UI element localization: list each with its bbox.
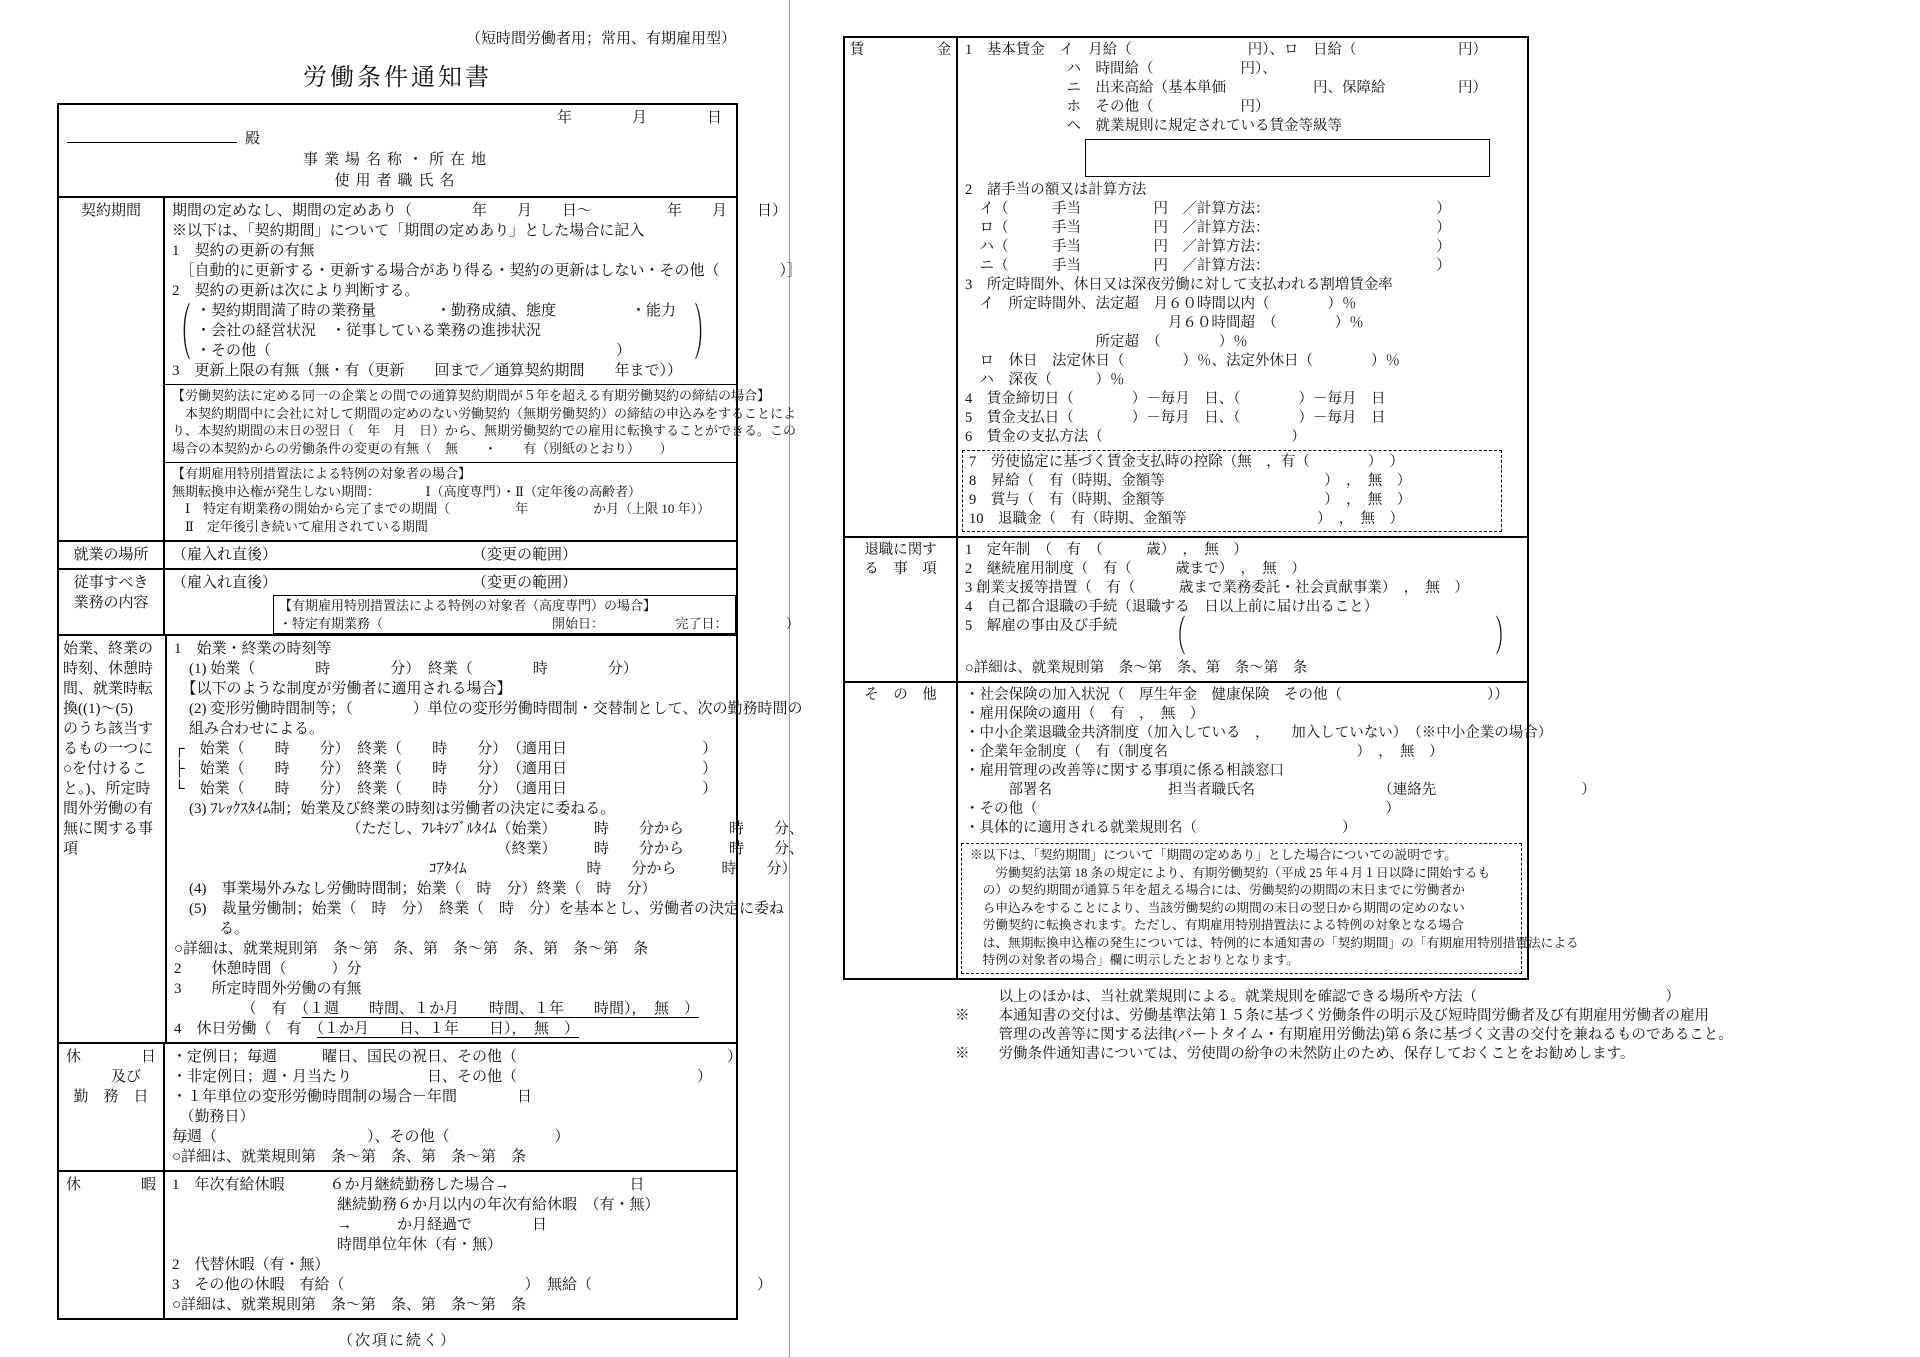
text-line: 従事すべき — [61, 573, 161, 593]
text-line: └ 始業（ 時 分） 終業（ 時 分） （適用日 ） — [174, 779, 729, 799]
row-label-others: そ の 他 — [845, 683, 958, 978]
text-line: ・非定例日；週・月当たり 日、その他（ ） — [172, 1067, 729, 1087]
text-line: 労働契約に転換されます。ただし、有期雇用特別措置法による特例の対象となる場合 — [970, 917, 1513, 935]
text-line: る。 — [174, 919, 729, 939]
text-line: と。)、所定時 — [63, 779, 163, 799]
text-line: ハ（ 手当 円 ／計算方法： ） — [965, 238, 1520, 257]
text-line: 3 所定時間外労働の有無 — [174, 979, 729, 999]
text-line: 月６０時間超 （ ）％ — [965, 314, 1520, 333]
text-line: （雇入れ直後） （変更の範囲） — [172, 573, 729, 593]
text-line: 2 休憩時間（ ）分 — [174, 959, 729, 979]
text-line: 1 年次有給休暇 ６か月継続勤務した場合→ 日 — [172, 1175, 729, 1195]
text-line: る 事 項 — [847, 560, 954, 579]
text-line: （勤務日） — [172, 1107, 729, 1127]
text-line: 及び — [61, 1067, 161, 1087]
row-label-leave: 休 暇 — [59, 1172, 165, 1318]
text-line: ・会社の経営状況 ・従事している業務の進捗状況 — [196, 321, 689, 341]
text-line: ・雇用保険の適用（ 有 ， 無 ） — [965, 705, 1520, 724]
text-line: ※以下は、「契約期間」について「期間の定めあり」とした場合についての説明です。 — [970, 847, 1513, 865]
employer-title-label: 使用者職氏名 — [67, 171, 728, 192]
document-title: 労働条件通知書 — [57, 57, 738, 92]
text-line: 部署名 担当者職氏名 （連絡先 ） — [965, 781, 1520, 800]
row-label-holidays: 休 日 及び勤 務 日 — [59, 1044, 165, 1170]
text-line: 3 所定時間外、休日又は深夜労働に対して支払われる割増賃金率 — [965, 276, 1520, 295]
text-line: 【労働契約法に定める同一の企業との間での通算契約期間が５年を超える有期労働契約の… — [172, 387, 729, 405]
text-line: 3 その他の休暇 有給（ ） 無給（ ） — [172, 1275, 729, 1295]
text-line: Ⅱ 定年後引き続いて雇用されている期間 — [172, 518, 729, 536]
date-line: 年 月 日 — [67, 108, 728, 128]
text-line: 1 定年制 （ 有 （ 歳） ， 無 ） — [965, 541, 1520, 560]
text-line: 2 契約の更新は次により判断する。 — [172, 281, 729, 301]
allowance-and-premium-lines: 2 諸手当の額又は計算方法 イ（ 手当 円 ／計算方法： ） ロ（ 手当 円 ／… — [965, 181, 1520, 447]
text-line: 管理の改善等に関する法律(パートタイム・有期雇用労働法)第６条に基づく文書の交付… — [955, 1026, 1529, 1045]
row-content-others: ・社会保険の加入状況（ 厚生年金 健康保険 その他（ ））・雇用保険の適用（ 有… — [958, 683, 1527, 978]
text-line: ○詳細は、就業規則第 条～第 条、第 条～第 条、第 条～第 条 — [174, 939, 729, 959]
text-line: (1) 始業（ 時 分） 終業（ 時 分） — [174, 659, 729, 679]
text-line: ┌ 始業（ 時 分） 終業（ 時 分） （適用日 ） — [174, 739, 729, 759]
text-line: 本契約期間中に会社に対して期間の定めのない労働契約（無期労働契約）の締結の申込み… — [172, 405, 729, 423]
text-line: (4) 事業場外みなし労働時間制；始業（ 時 分）終業（ 時 分） — [174, 879, 729, 899]
text-line: 無期転換申込権が発生しない期間： Ⅰ（高度専門）・Ⅱ（定年後の高齢者） — [172, 483, 729, 501]
text-line: (3) ﾌﾚｯｸｽﾀｲﾑ制；始業及び終業の時刻は労働者の決定に委ねる。 — [174, 799, 729, 819]
text-line: 2 諸手当の額又は計算方法 — [965, 181, 1520, 200]
continued-note: （次項に続く） — [57, 1329, 738, 1350]
text-line: ら申込みをすることにより、当該労働契約の期間の末日の翌日から期間の定めのない — [970, 900, 1513, 918]
row-content-retirement: 1 定年制 （ 有 （ 歳） ， 無 ）2 継続雇用制度（ 有（ 歳まで） ， … — [958, 538, 1527, 681]
text-line: （ 有 （１週 時間、１か月 時間、１年 時間）， 無 ） — [174, 999, 729, 1019]
row-label-contract-period: 契約期間 — [59, 198, 165, 540]
text-line: 6 賃金の支払方法（ ） — [965, 428, 1520, 447]
row-holidays: 休 日 及び勤 務 日 ・定例日；毎週 曜日、国民の祝日、その他（ ）・非定例日… — [59, 1042, 736, 1170]
text-line: ハ 深夜（ ）％ — [965, 371, 1520, 390]
row-label-wages: 賃 金 — [845, 38, 958, 536]
text-line: ［自動的に更新する・更新する場合があり得る・契約の更新はしない・その他（ ）］ — [172, 261, 729, 281]
text-line: 【有期雇用特別措置法による特例の対象者の場合】 — [172, 465, 729, 483]
text-line: ※以下は、「契約期間」について「期間の定めあり」とした場合に記入 — [172, 221, 729, 241]
wage-items-dashed-box: 7 労使協定に基づく賃金支払時の控除（無 ，有（ ） ）8 昇給（ 有（時期、金… — [962, 450, 1502, 532]
text-line: 1 契約の更新の有無 — [172, 241, 729, 261]
retirement-lines: 1 定年制 （ 有 （ 歳） ， 無 ）2 継続雇用制度（ 有（ 歳まで） ， … — [965, 541, 1520, 617]
note-labor-contract-act: 【労働契約法に定める同一の企業との間での通算契約期間が５年を超える有期労働契約の… — [165, 384, 736, 459]
text-line: （雇入れ直後） （変更の範囲） — [172, 545, 729, 565]
text-line: ・社会保険の加入状況（ 厚生年金 健康保険 その他（ ）） — [965, 686, 1520, 705]
text-line: 場合の本契約からの労働条件の変更の有無（ 無 ・ 有（別紙のとおり） ） — [172, 440, 729, 458]
row-wages: 賃 金 1 基本賃金 イ 月給（ 円）、ロ 日給（ 円） ハ 時間給（ 円）、 … — [845, 38, 1527, 536]
text-line: 特例の対象者の場合」欄に明示したとおりとなります。 — [970, 952, 1513, 970]
renewal-criteria-bracket: ・契約期間満了時の業務量 ・勤務成績、態度 ・能力・会社の経営状況 ・従事してい… — [172, 301, 689, 361]
text-line: ヘ 就業規則に規定されている賃金等級等 — [965, 117, 1520, 136]
row-content-wages: 1 基本賃金 イ 月給（ 円）、ロ 日給（ 円） ハ 時間給（ 円）、 ニ 出来… — [958, 38, 1527, 536]
job-duties-lines: （雇入れ直後） （変更の範囲） — [172, 573, 729, 593]
text-line: 4 自己都合退職の手続（退職する 日以上前に届け出ること） — [965, 598, 1520, 617]
text-line: ※ 労働条件通知書については、労使間の紛争の未然防止のため、保存しておくことをお… — [955, 1045, 1529, 1064]
text-line: 2 継続雇用制度（ 有（ 歳まで） ， 無 ） — [965, 560, 1520, 579]
note-special-measures-act: 【有期雇用特別措置法による特例の対象者の場合】無期転換申込権が発生しない期間： … — [165, 462, 736, 537]
text-line: ・企業年金制度（ 有（制度名 ） ， 無 ） — [965, 743, 1520, 762]
recipient-honorific: 殿 — [245, 131, 260, 147]
text-line: イ（ 手当 円 ／計算方法： ） — [965, 200, 1520, 219]
wage-grade-empty-box — [1085, 139, 1490, 177]
row-label-workplace: 就業の場所 — [59, 542, 165, 568]
row-others: そ の 他 ・社会保険の加入状況（ 厚生年金 健康保険 その他（ ））・雇用保険… — [845, 681, 1527, 978]
text-line: 5 賃金支払日（ ）－毎月 日、（ ）－毎月 日 — [965, 409, 1520, 428]
text-line: ・契約期間満了時の業務量 ・勤務成績、態度 ・能力 — [196, 301, 689, 321]
text-line: Ⅰ 特定有期業務の開始から完了までの期間（ 年 か月（上限 10 年）） — [172, 500, 729, 518]
text-line: ・その他（ ） — [965, 800, 1520, 819]
text-line: 始業、終業の — [63, 639, 163, 659]
row-content-workplace: （雇入れ直後） （変更の範囲） — [165, 542, 736, 568]
special-fixed-term-box: 【有期雇用特別措置法による特例の対象者（高度専門）の場合】・特定有期業務（ 開始… — [273, 595, 736, 634]
text-line: 3 創業支援等措置（ 有（ 歳まで業務委託・社会貢献事業） ， 無 ） — [965, 579, 1520, 598]
text-line: るもの一つに — [63, 739, 163, 759]
text-line: ニ 出来高給（基本単価 円、保障給 円） — [965, 79, 1520, 98]
text-line: 毎週（ ）、その他（ ） — [172, 1127, 729, 1147]
fixed-term-explanation-box: ※以下は、「契約期間」について「期間の定めあり」とした場合についての説明です。 … — [961, 843, 1522, 974]
text-line: (5) 裁量労働制；始業（ 時 分） 終業（ 時 分）を基本とし、労働者の決定に… — [174, 899, 729, 919]
text-line: 期間の定めなし、期間の定めあり（ 年 月 日～ 年 月 日） — [172, 201, 729, 221]
text-line: ○を付けるこ — [63, 759, 163, 779]
bottom-notes: 以上のほかは、当社就業規則による。就業規則を確認できる場所や方法（ ）※ 本通知… — [955, 988, 1529, 1064]
text-line: ロ（ 手当 円 ／計算方法： ） — [965, 219, 1520, 238]
text-line: 間外労働の有 — [63, 799, 163, 819]
underlined-segment: （１か月 日、１年 日）， 無 ） — [317, 1021, 580, 1038]
others-lines: ・社会保険の加入状況（ 厚生年金 健康保険 その他（ ））・雇用保険の適用（ 有… — [965, 686, 1520, 838]
text-segment: 4 休日労働（ 有 — [174, 1021, 317, 1037]
form-table-page2: 賃 金 1 基本賃金 イ 月給（ 円）、ロ 日給（ 円） ハ 時間給（ 円）、 … — [843, 36, 1529, 980]
text-line: 賃 金 — [847, 41, 954, 60]
text-line: の）の契約期間が通算５年を超える場合には、労働契約の期間の末日までに労働者か — [970, 882, 1513, 900]
text-line: 9 賞与（ 有（時期、金額等 ） ， 無 ） — [969, 491, 1495, 510]
recipient-line: 殿 — [67, 128, 728, 150]
text-line: 7 労使協定に基づく賃金支払時の控除（無 ，有（ ） ） — [969, 453, 1495, 472]
recipient-name-underline — [67, 128, 237, 143]
base-wage-lines: 1 基本賃金 イ 月給（ 円）、ロ 日給（ 円） ハ 時間給（ 円）、 ニ 出来… — [965, 41, 1520, 136]
text-line: （終業） 時 分から 時 分、 — [174, 839, 729, 859]
row-retirement: 退職に関する 事 項 1 定年制 （ 有 （ 歳） ， 無 ）2 継続雇用制度（… — [845, 536, 1527, 681]
text-line: 間、就業時転 — [63, 679, 163, 699]
text-line: 休 暇 — [61, 1175, 161, 1195]
text-line: は、無期転換申込権の発生については、特例的に本通知書の「契約期間」の「有期雇用特… — [970, 935, 1513, 953]
text-line: 契約期間 — [61, 201, 161, 221]
employer-name-label: 事業場名称・所在地 — [67, 150, 728, 171]
text-line: 2 代替休暇（有・無） — [172, 1255, 729, 1275]
page-1: （短時間労働者用；常用、有期雇用型） 労働条件通知書 年 月 日 殿 事業場名称… — [57, 30, 738, 1350]
row-work-hours: 始業、終業の時刻、休憩時間、就業時転換((1)～(5)のうち該当するもの一つに○… — [59, 634, 736, 1042]
text-line: ・定例日；毎週 曜日、国民の祝日、その他（ ） — [172, 1047, 729, 1067]
text-line: ロ 休日 法定休日（ ）％、法定外休日（ ）％ — [965, 352, 1520, 371]
row-content-leave: 1 年次有給休暇 ６か月継続勤務した場合→ 日 継続勤務６か月以内の年次有給休暇… — [165, 1172, 736, 1318]
text-line: ニ（ 手当 円 ／計算方法： ） — [965, 257, 1520, 276]
text-line: ・特定有期業務（ 開始日： 完了日： ） — [279, 615, 730, 633]
text-line: 就業の場所 — [61, 545, 161, 565]
text-line: ※ 本通知書の交付は、労働基準法第１５条に基づく労働条件の明示及び短時間労働者及… — [955, 1007, 1529, 1026]
text-line: 3 更新上限の有無（無・有（更新 回まで／通算契約期間 年まで）） — [172, 361, 729, 381]
text-line: （ただし、ﾌﾚｷｼﾌﾞﾙﾀｲﾑ（始業） 時 分から 時 分、 — [174, 819, 729, 839]
text-line: 以上のほかは、当社就業規則による。就業規則を確認できる場所や方法（ ） — [955, 988, 1529, 1007]
text-line: 退職に関す — [847, 541, 954, 560]
text-line: 勤 務 日 — [61, 1087, 161, 1107]
row-job-duties: 従事すべき業務の内容 （雇入れ直後） （変更の範囲） 【有期雇用特別措置法による… — [59, 568, 736, 634]
text-line: 所定超 （ ）％ — [965, 333, 1520, 352]
text-line: ・その他（ ） — [196, 341, 689, 361]
row-content-holidays: ・定例日；毎週 曜日、国民の祝日、その他（ ）・非定例日；週・月当たり 日、その… — [165, 1044, 736, 1170]
row-label-job-duties: 従事すべき業務の内容 — [59, 570, 165, 634]
page-2: 賃 金 1 基本賃金 イ 月給（ 円）、ロ 日給（ 円） ハ 時間給（ 円）、 … — [843, 36, 1529, 1064]
text-line: 8 昇給（ 有（時期、金額等 ） ， 無 ） — [969, 472, 1495, 491]
text-line: ハ 時間給（ 円）、 — [965, 60, 1520, 79]
row-contract-period: 契約期間 期間の定めなし、期間の定めあり（ 年 月 日～ 年 月 日）※以下は、… — [59, 196, 736, 540]
text-line: 業務の内容 — [61, 593, 161, 613]
text-line: 無に関する事 — [63, 819, 163, 839]
text-line: 4 賃金締切日（ ）－毎月 日、（ ）－毎月 日 — [965, 390, 1520, 409]
retirement-detail-line: ○詳細は、就業規則第 条～第 条、第 条～第 条 — [965, 659, 1520, 678]
text-line: 1 基本賃金 イ 月給（ 円）、ロ 日給（ 円） — [965, 41, 1520, 60]
text-line: そ の 他 — [847, 686, 954, 705]
text-line: → か月経過で 日 — [172, 1215, 729, 1235]
text-line: ・中小企業退職金共済制度（加入している ， 加入していない） （※中小企業の場合… — [965, 724, 1520, 743]
row-label-work-hours: 始業、終業の時刻、休憩時間、就業時転換((1)～(5)のうち該当するもの一つに○… — [59, 636, 167, 1042]
underlined-segment: （１週 時間、１か月 時間、１年 時間）， 無 ） — [302, 1001, 700, 1018]
text-line: 労働契約法第 18 条の規定により、有期労働契約（平成 25 年４月１日以降に開… — [970, 865, 1513, 883]
text-line: (2) 変形労働時間制等；（ ）単位の変形労働時間制・交替制として、次の勤務時間… — [174, 699, 729, 719]
text-line: 時間単位年休（有・無） — [172, 1235, 729, 1255]
text-line: 1 始業・終業の時刻等 — [174, 639, 729, 659]
text-line: 項 — [63, 839, 163, 859]
text-line: 組み合わせによる。 — [174, 719, 729, 739]
text-line: 継続勤務６か月以内の年次有給休暇 （有・無） — [172, 1195, 729, 1215]
text-line: ・雇用管理の改善等に関する事項に係る相談窓口 — [965, 762, 1520, 781]
text-line: ・１年単位の変形労働時間制の場合－年間 日 — [172, 1087, 729, 1107]
text-segment: （ 有 — [174, 1001, 302, 1017]
row-content-job-duties: （雇入れ直後） （変更の範囲） 【有期雇用特別措置法による特例の対象者（高度専門… — [165, 570, 736, 634]
page-divider — [789, 0, 790, 1357]
text-line: 4 休日労働（ 有 （１か月 日、１年 日）， 無 ） — [174, 1019, 729, 1039]
text-line: 休 日 — [61, 1047, 161, 1067]
text-line: ○詳細は、就業規則第 条～第 条、第 条～第 条 — [172, 1295, 729, 1315]
text-line: ｺｱﾀｲﾑ 時 分から 時 分） — [174, 859, 729, 879]
row-content-work-hours: 1 始業・終業の時刻等 (1) 始業（ 時 分） 終業（ 時 分） 【以下のよう… — [167, 636, 736, 1042]
text-line: ホ その他（ 円） — [965, 98, 1520, 117]
text-line: イ 所定時間外、法定超 月６０時間以内（ ）％ — [965, 295, 1520, 314]
text-line: 時刻、休憩時 — [63, 659, 163, 679]
text-line: 10 退職金（ 有（時期、金額等 ） ， 無 ） — [969, 510, 1495, 529]
text-line: ○詳細は、就業規則第 条～第 条、第 条～第 条 — [172, 1147, 729, 1167]
dismissal-reason-line: 5 解雇の事由及び手続 — [965, 617, 1520, 659]
row-workplace: 就業の場所 （雇入れ直後） （変更の範囲） — [59, 540, 736, 568]
text-line: ├ 始業（ 時 分） 終業（ 時 分） （適用日 ） — [174, 759, 729, 779]
row-label-retirement: 退職に関する 事 項 — [845, 538, 958, 681]
renewal-limit-line: 3 更新上限の有無（無・有（更新 回まで／通算契約期間 年まで）） — [172, 361, 729, 381]
contract-period-lines: 期間の定めなし、期間の定めあり（ 年 月 日～ 年 月 日）※以下は、「契約期間… — [172, 201, 729, 301]
header-row: 年 月 日 殿 事業場名称・所在地 使用者職氏名 — [59, 105, 736, 196]
text-line: 換((1)～(5) — [63, 699, 163, 719]
text-line: り、本契約期間の末日の翌日（ 年 月 日）から、無期労働契約での雇用に転換するこ… — [172, 422, 729, 440]
form-type-note: （短時間労働者用；常用、有期雇用型） — [57, 30, 738, 48]
text-line: 【有期雇用特別措置法による特例の対象者（高度専門）の場合】 — [279, 597, 730, 615]
text-line: 【以下のような制度が労働者に適用される場合】 — [174, 679, 729, 699]
text-line: のうち該当す — [63, 719, 163, 739]
text-line: ・具体的に適用される就業規則名（ ） — [965, 819, 1520, 838]
row-leave: 休 暇 1 年次有給休暇 ６か月継続勤務した場合→ 日 継続勤務６か月以内の年次… — [59, 1170, 736, 1318]
row-content-contract-period: 期間の定めなし、期間の定めあり（ 年 月 日～ 年 月 日）※以下は、「契約期間… — [165, 198, 736, 540]
form-table-page1: 年 月 日 殿 事業場名称・所在地 使用者職氏名 契約期間 期間の定めなし、期間… — [57, 103, 738, 1320]
